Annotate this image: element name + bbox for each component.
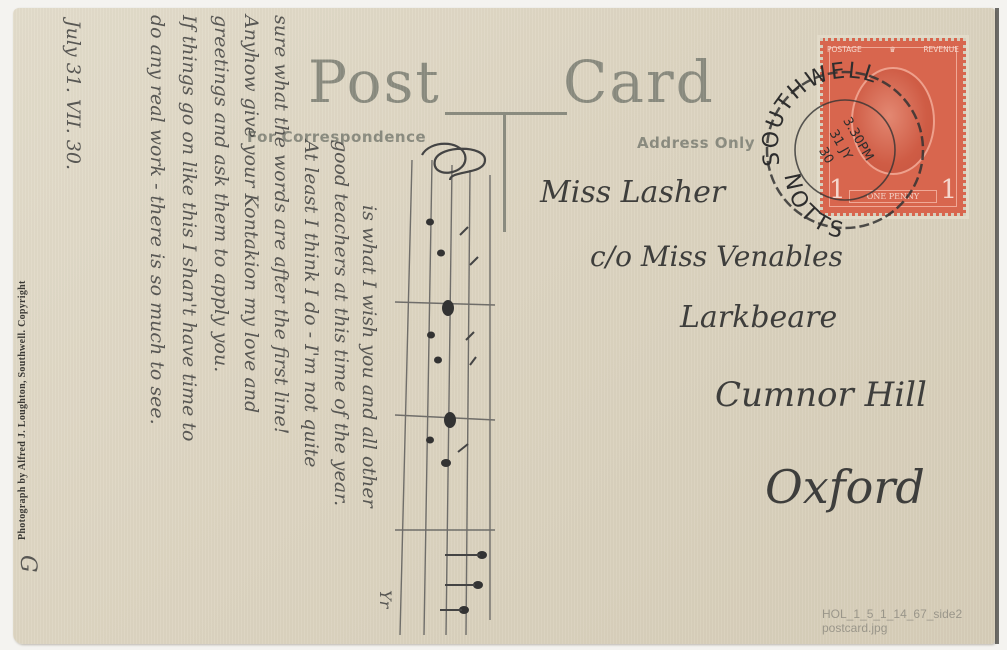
message-line-2: good teachers at this time of the year. (330, 140, 352, 506)
message-line-3: At least I think I do - I'm not quite (300, 140, 322, 468)
postmark-year: 30 (815, 145, 836, 167)
message-signature: G (15, 555, 40, 573)
address-line-4: Cumnor Hill (715, 375, 927, 415)
card-edge-shadow (995, 8, 999, 644)
music-notation (390, 140, 500, 640)
message-line-1: is what I wish you and all other (358, 205, 380, 508)
label-address-only: Address Only (637, 134, 755, 152)
message-line-4: sure what the words are after the first … (270, 15, 292, 434)
filename-overlay: HOL_1_5_1_14_67_side2 postcard.jpg (822, 607, 962, 635)
message-line-7: If things go on like this I shan't have … (178, 15, 200, 441)
message-line-6: greetings and ask them to apply you. (210, 15, 232, 372)
crown-icon: ♛ (889, 45, 896, 54)
stamp-postage-label: POSTAGE (827, 45, 862, 54)
stamp-revenue-label: REVENUE (923, 45, 959, 54)
message-line-5: Anyhow give your Kontakion my love and (240, 15, 262, 413)
postmark-county: NOTTS (778, 171, 849, 245)
message-line-8: do any real work - there is so much to s… (146, 15, 168, 425)
title-post: Post (308, 48, 441, 116)
divider-horizontal (445, 112, 567, 115)
address-line-1: Miss Lasher (540, 175, 725, 210)
divider-vertical (503, 112, 506, 232)
music-staff-lines (395, 160, 495, 635)
postmark-cancellation: SOUTHWELL NOTTS 3.30PM 31 JY 30 (740, 55, 940, 245)
message-date: July 31. VII. 30. (62, 20, 84, 170)
title-card: Card (563, 48, 715, 116)
filename-line-2: postcard.jpg (822, 621, 962, 635)
publisher-credit: Photograph by Alfred J. Loughton, Southw… (17, 280, 28, 540)
stamp-denomination-right: 1 (940, 175, 957, 205)
address-line-5: Oxford (765, 460, 925, 514)
stamp-header: POSTAGE ♛ REVENUE (827, 45, 959, 54)
address-line-3: Larkbeare (680, 300, 837, 335)
svg-text:NOTTS: NOTTS (778, 171, 849, 245)
filename-line-1: HOL_1_5_1_14_67_side2 (822, 607, 962, 621)
